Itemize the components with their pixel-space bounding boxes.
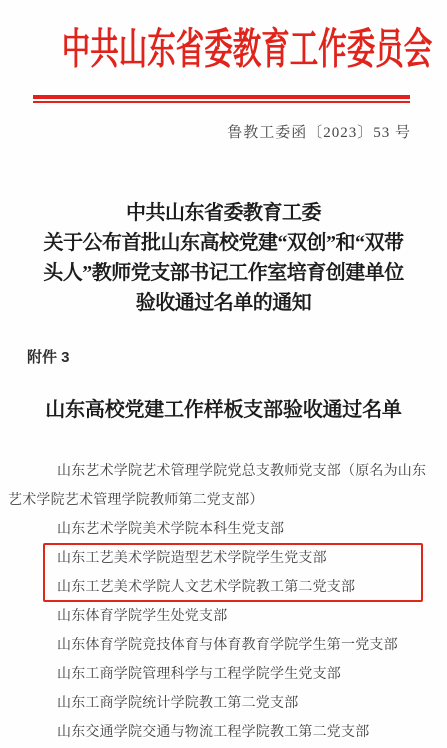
document-title-line-1: 中共山东省委教育工委 [0, 198, 447, 228]
list-item: 山东交通学院交通与物流工程学院教工第二党支部 [8, 718, 427, 747]
organization-name: 中共山东省委教育工作委员会 [62, 19, 433, 82]
list-item: 山东体育学院学生处党支部 [8, 602, 427, 631]
document-title: 中共山东省委教育工委 关于公布首批山东高校党建“双创”和“双带 头人”教师党支部… [0, 198, 447, 318]
approved-branch-list: 山东艺术学院艺术管理学院党总支教师党支部（原名为山东艺术学院艺术管理学院教师第二… [8, 457, 427, 747]
list-item: 山东艺术学院美术学院本科生党支部 [8, 515, 427, 544]
document-page: 中共山东省委教育工作委员会 鲁教工委函〔2023〕53 号 中共山东省委教育工委… [0, 0, 447, 748]
section-title: 山东高校党建工作样板支部验收通过名单 [0, 393, 447, 422]
letterhead: 中共山东省委教育工作委员会 [0, 22, 447, 82]
document-title-line-2: 关于公布首批山东高校党建“双创”和“双带 [0, 228, 447, 258]
document-title-line-4: 验收通过名单的通知 [0, 288, 447, 318]
list-item: 山东艺术学院艺术管理学院党总支教师党支部（原名为山东艺术学院艺术管理学院教师第二… [8, 457, 427, 515]
list-item-highlighted: 山东工艺美术学院造型艺术学院学生党支部 [8, 544, 427, 573]
document-title-line-3: 头人”教师党支部书记工作室培育创建单位 [0, 258, 447, 288]
list-item: 山东工商学院统计学院教工第二党支部 [8, 689, 427, 718]
list-item: 山东工商学院管理科学与工程学院学生党支部 [8, 660, 427, 689]
red-divider-line [33, 95, 410, 103]
list-item: 山东体育学院竞技体育与体育教育学院学生第一党支部 [8, 631, 427, 660]
list-item-highlighted: 山东工艺美术学院人文艺术学院教工第二党支部 [8, 573, 427, 602]
attachment-label: 附件 3 [27, 346, 70, 367]
document-reference-number: 鲁教工委函〔2023〕53 号 [227, 121, 411, 142]
